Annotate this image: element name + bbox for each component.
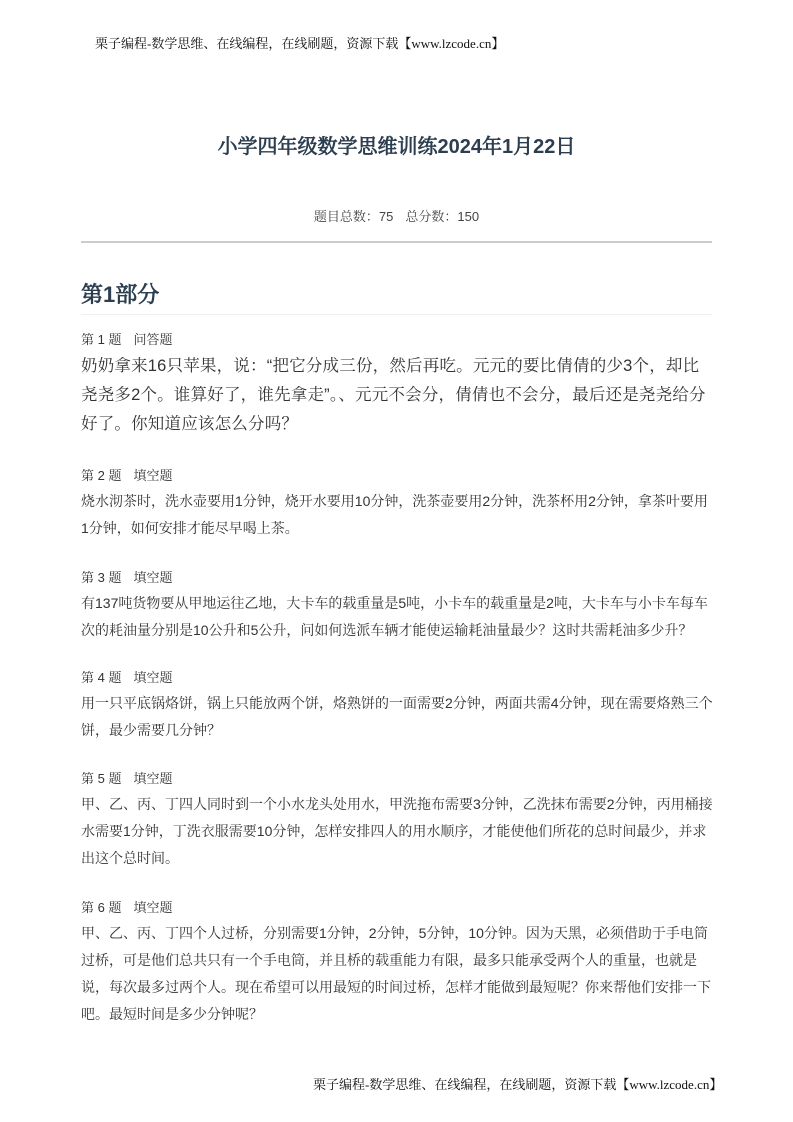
question-header: 第 5 题填空题	[81, 770, 713, 788]
question-header: 第 3 题填空题	[81, 569, 713, 587]
total-questions: 题目总数：75	[314, 209, 393, 224]
question-text: 甲、乙、丙、丁四人同时到一个小水龙头处用水，甲洗拖布需要3分钟，乙洗抹布需要2分…	[81, 791, 713, 872]
question-type: 填空题	[133, 670, 172, 685]
question-number: 第 1 题	[81, 332, 121, 347]
question-number: 第 3 题	[81, 570, 121, 585]
question-text: 奶奶拿来16只苹果，说：“把它分成三份，然后再吃。元元的要比倩倩的少3个，却比尧…	[81, 352, 713, 439]
question-type: 问答题	[133, 332, 172, 347]
title-divider	[81, 241, 712, 243]
question-1: 第 1 题问答题 奶奶拿来16只苹果，说：“把它分成三份，然后再吃。元元的要比倩…	[81, 331, 713, 439]
question-text: 用一只平底锅烙饼，锅上只能放两个饼，烙熟饼的一面需要2分钟，两面共需4分钟，现在…	[81, 690, 713, 744]
question-type: 填空题	[133, 468, 172, 483]
question-5: 第 5 题填空题 甲、乙、丙、丁四人同时到一个小水龙头处用水，甲洗拖布需要3分钟…	[81, 770, 713, 872]
question-number: 第 2 题	[81, 468, 121, 483]
document-meta: 题目总数：75总分数：150	[0, 206, 793, 225]
section-divider	[81, 314, 712, 315]
question-number: 第 5 题	[81, 771, 121, 786]
question-type: 填空题	[133, 900, 172, 915]
question-text: 有137吨货物要从甲地运往乙地，大卡车的载重量是5吨，小卡车的载重量是2吨，大卡…	[81, 590, 713, 644]
question-number: 第 4 题	[81, 670, 121, 685]
total-score: 总分数：150	[405, 209, 479, 224]
question-header: 第 6 题填空题	[81, 899, 713, 917]
page-header: 栗子编程-数学思维、在线编程，在线刷题，资源下载【www.lzcode.cn】	[95, 33, 504, 52]
question-4: 第 4 题填空题 用一只平底锅烙饼，锅上只能放两个饼，烙熟饼的一面需要2分钟，两…	[81, 669, 713, 744]
question-2: 第 2 题填空题 烧水沏茶时，洗水壶要用1分钟，烧开水要用10分钟，洗茶壶要用2…	[81, 467, 713, 542]
question-header: 第 4 题填空题	[81, 669, 713, 687]
question-header: 第 1 题问答题	[81, 331, 713, 349]
question-text: 烧水沏茶时，洗水壶要用1分钟，烧开水要用10分钟，洗茶壶要用2分钟，洗茶杯用2分…	[81, 488, 713, 542]
question-3: 第 3 题填空题 有137吨货物要从甲地运往乙地，大卡车的载重量是5吨，小卡车的…	[81, 569, 713, 644]
question-text: 甲、乙、丙、丁四个人过桥，分别需要1分钟，2分钟，5分钟，10分钟。因为天黑，必…	[81, 920, 713, 1028]
document-title: 小学四年级数学思维训练2024年1月22日	[0, 130, 793, 159]
question-6: 第 6 题填空题 甲、乙、丙、丁四个人过桥，分别需要1分钟，2分钟，5分钟，10…	[81, 899, 713, 1028]
section-title: 第1部分	[81, 278, 159, 309]
question-header: 第 2 题填空题	[81, 467, 713, 485]
page-footer: 栗子编程-数学思维、在线编程，在线刷题，资源下载【www.lzcode.cn】	[313, 1074, 722, 1093]
question-type: 填空题	[133, 771, 172, 786]
question-number: 第 6 题	[81, 900, 121, 915]
question-type: 填空题	[133, 570, 172, 585]
